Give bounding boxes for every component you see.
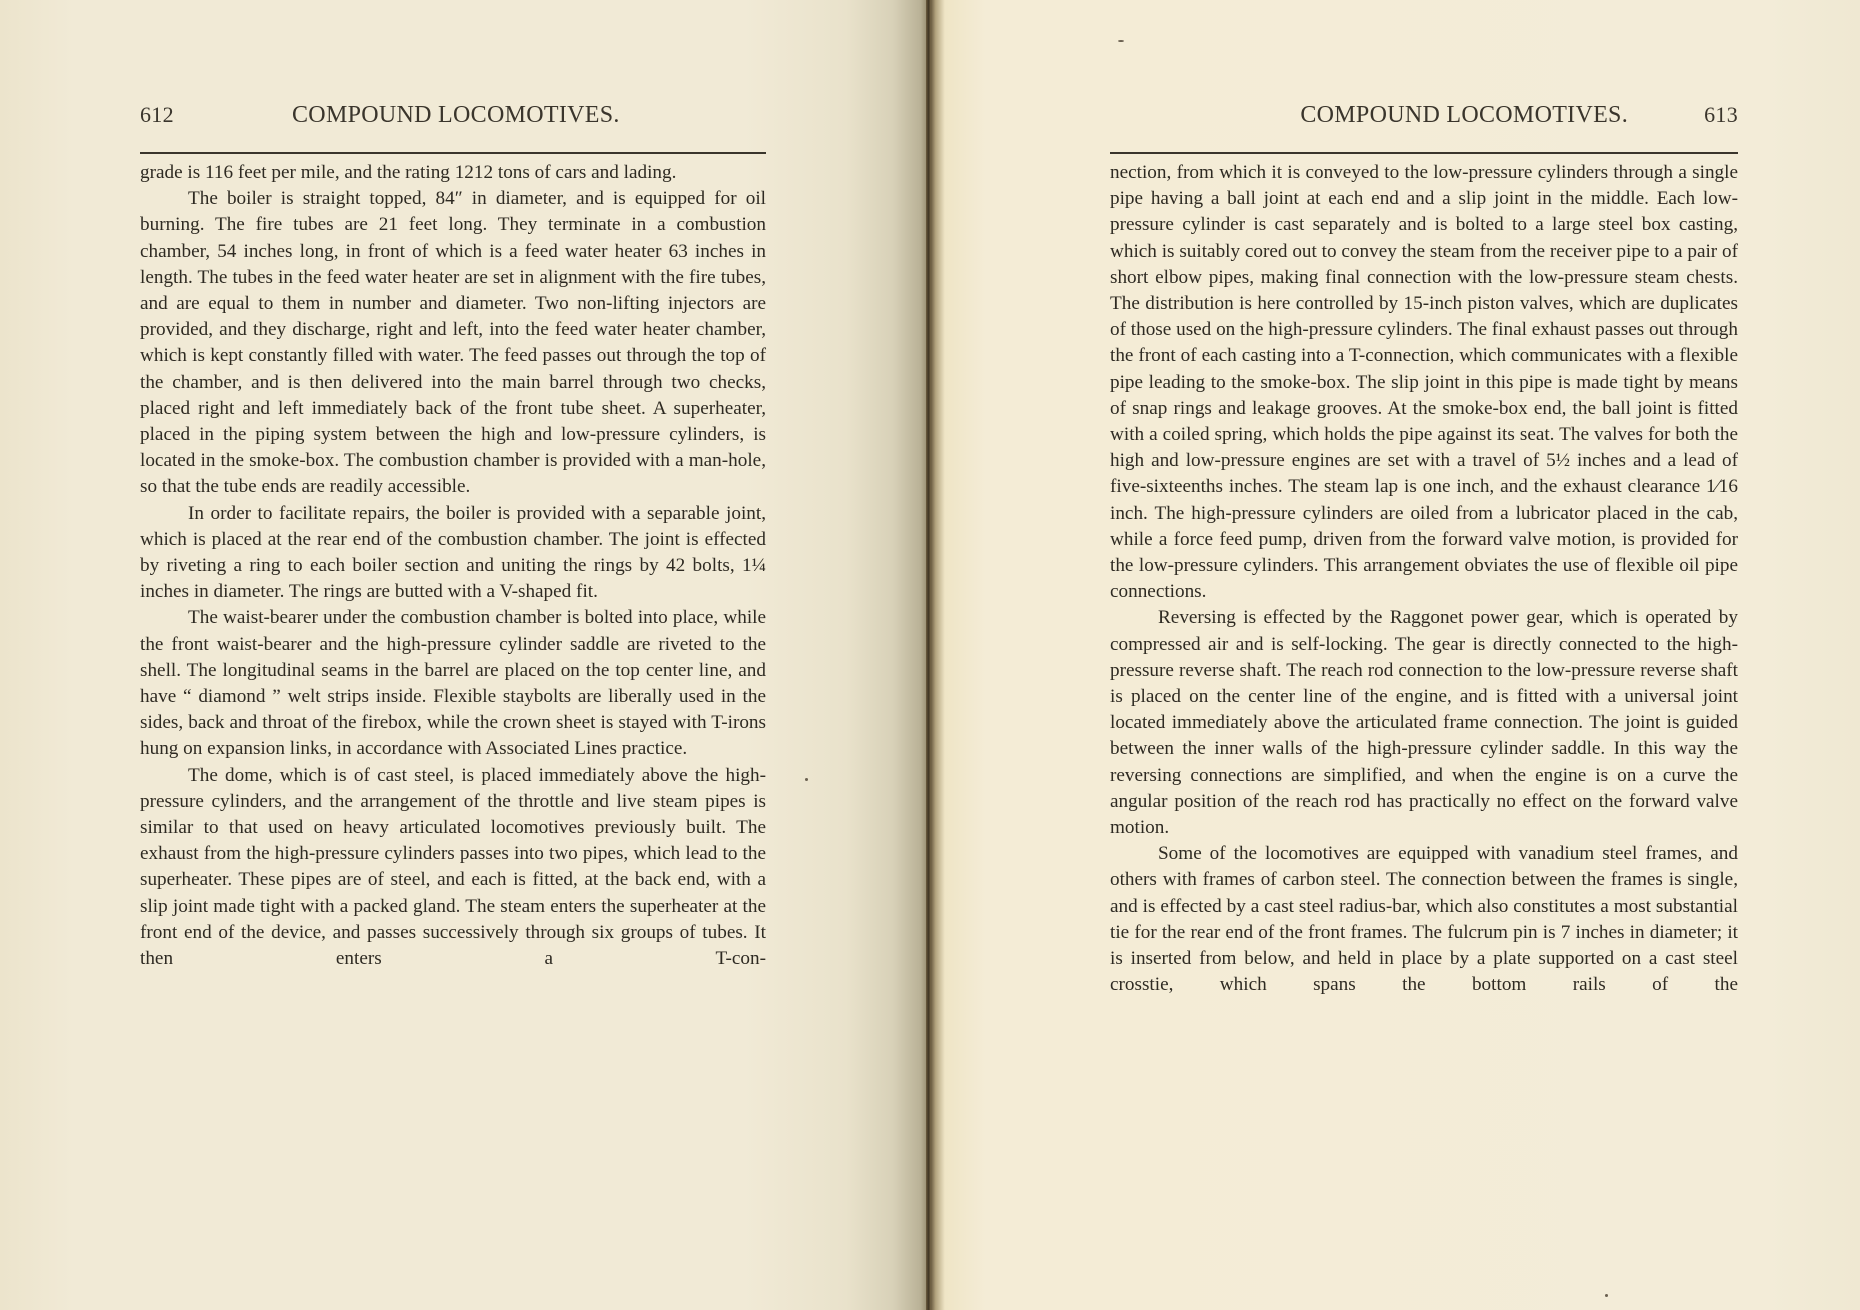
paper-speck — [1118, 40, 1124, 42]
running-title-right: COMPOUND LOCOMOTIVES. — [1300, 102, 1628, 129]
paragraph: The waist-bearer under the combustion ch… — [140, 605, 766, 762]
paper-speck — [1605, 1294, 1608, 1297]
page-number-right: 613 — [1704, 102, 1738, 128]
paper-speck — [805, 778, 808, 781]
paragraph: Reversing is effected by the Raggonet po… — [1110, 605, 1738, 841]
left-page-body: grade is 116 feet per mile, and the rati… — [140, 160, 766, 972]
paragraph: nection, from which it is conveyed to th… — [1110, 160, 1738, 605]
paragraph: In order to facilitate repairs, the boil… — [140, 501, 766, 606]
book-gutter — [926, 0, 931, 1310]
right-running-head: COMPOUND LOCOMOTIVES. 613 — [1110, 102, 1738, 136]
right-page-body: nection, from which it is conveyed to th… — [1110, 160, 1738, 999]
running-title-left: COMPOUND LOCOMOTIVES. — [292, 102, 620, 129]
paragraph: The dome, which is of cast steel, is pla… — [140, 763, 766, 973]
book-spread: 612 COMPOUND LOCOMOTIVES. grade is 116 f… — [0, 0, 1860, 1310]
paragraph: grade is 116 feet per mile, and the rati… — [140, 160, 766, 186]
left-running-head: 612 COMPOUND LOCOMOTIVES. — [140, 102, 766, 136]
paragraph: Some of the locomotives are equipped wit… — [1110, 841, 1738, 998]
header-rule-right — [1110, 152, 1738, 154]
paragraph: The boiler is straight topped, 84″ in di… — [140, 186, 766, 500]
page-number-left: 612 — [140, 102, 174, 128]
header-rule-left — [140, 152, 766, 154]
